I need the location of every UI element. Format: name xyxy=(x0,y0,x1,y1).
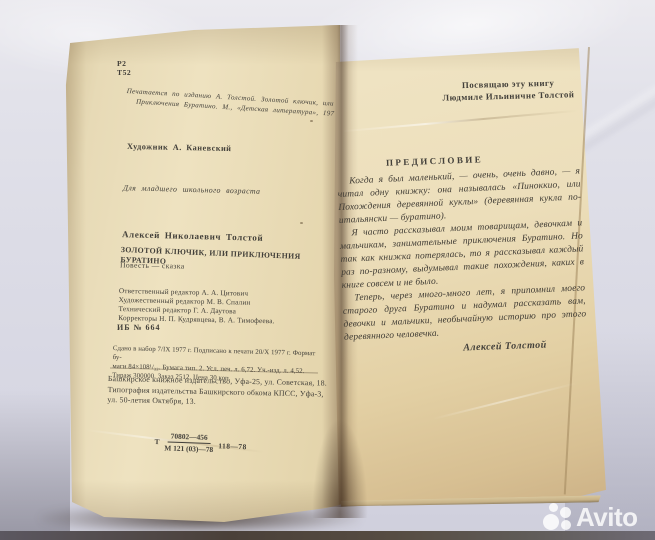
catalog-code: Т 70802—456 М 121 (03)—78 118—78 xyxy=(154,431,247,456)
catalog-suffix: 118—78 xyxy=(218,441,247,451)
avito-dots-icon xyxy=(543,503,572,532)
dedication: Посвящаю эту книгу Людмиле Ильиничне Тол… xyxy=(428,76,589,104)
paper-speck xyxy=(300,222,303,224)
avito-wordmark: Avito xyxy=(576,502,638,533)
classification-code: Р2 Т52 xyxy=(117,59,131,77)
gutter-shadow xyxy=(312,418,368,518)
code-line: Т52 xyxy=(117,68,131,77)
avito-dot xyxy=(560,507,571,518)
code-line: Р2 xyxy=(117,59,131,68)
ib-number: ИБ № 664 xyxy=(117,323,161,333)
artist-credit: Художник А. Каневский xyxy=(127,142,232,154)
preface-paragraph: Я часто рассказывал моим товарищам, дево… xyxy=(339,217,585,293)
preface-text: Когда я был маленький, — очень, очень да… xyxy=(337,165,587,344)
avito-dot xyxy=(549,503,558,512)
avito-dot xyxy=(543,514,559,530)
catalog-prefix: Т xyxy=(154,437,159,446)
paper-speck xyxy=(310,120,313,122)
catalog-fraction: 70802—456 М 121 (03)—78 xyxy=(164,431,214,454)
book-photo: Р2 Т52 Печатается по изданию А. Толстой.… xyxy=(0,0,655,540)
avito-watermark: Avito xyxy=(543,497,653,537)
preface-paragraph: Теперь, через много-много лет, я припомн… xyxy=(342,282,587,345)
avito-dot xyxy=(561,520,571,530)
publisher-info: Башкирское книжное издательство, Уфа-25,… xyxy=(107,374,336,410)
catalog-denominator: М 121 (03)—78 xyxy=(164,443,213,455)
book-subtitle: Повесть — сказка xyxy=(120,260,185,271)
editorial-credits: Ответственный редактор А. А. Цитович Худ… xyxy=(118,287,287,327)
